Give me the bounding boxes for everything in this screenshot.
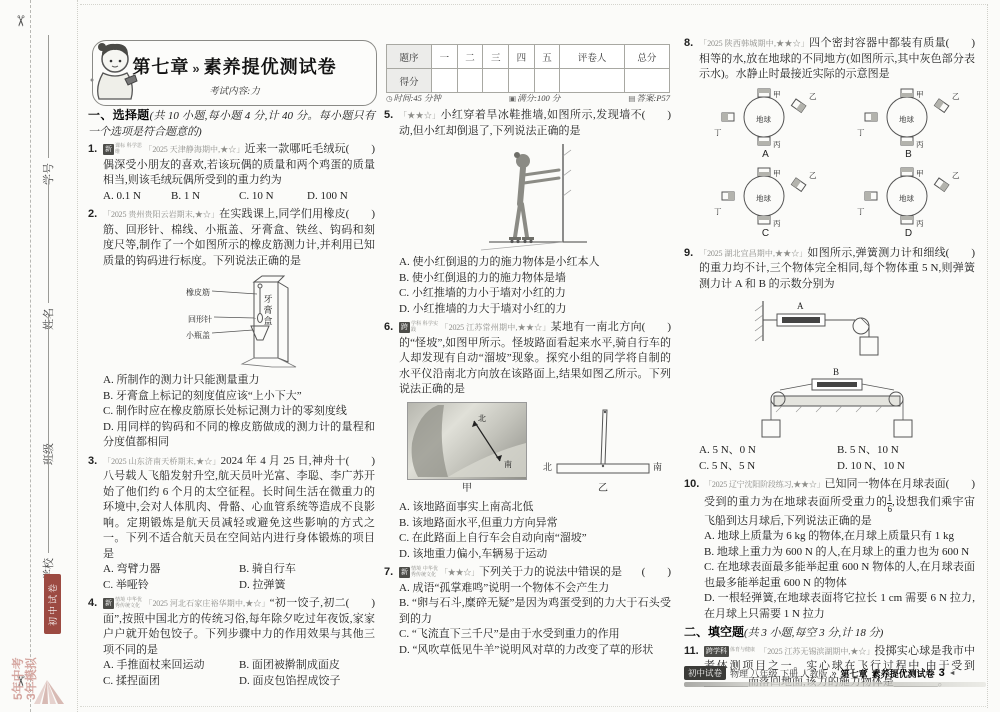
option-b: B. 5 N、10 N [837,443,975,459]
option-c: C. 在此路面上自行车会自动向南“溜坡” [399,531,671,547]
option-a: A. 手推面杖来回运动 [103,658,239,674]
paper-title-text: 素养提优测试卷 [204,57,337,77]
tag-box: 新 [103,598,114,609]
slope-figures: 北 南 甲 北 南 [399,402,671,497]
options-grid: A. 弯臂力器 B. 骑自行车 C. 举哑铃 D. 拉弹簧 [103,562,375,593]
tag-subtitle: 学科 科学实践 [411,322,438,333]
sidebar-dotted-line [77,0,78,712]
time-text: 时间:45 分钟 [394,93,441,103]
question-1: 1. 新课标 科学思维「2025 天津静海期中,★☆」( )近来一款哪吒毛绒玩偶… [88,142,375,204]
title-separator: » [189,61,203,76]
slope-photo: 北 南 [407,402,527,480]
level-block: 北 南 乙 [543,404,663,497]
question-source: 「2025 山东济南天桥期末,★☆」 [103,457,221,466]
container-bing-label: 丙 [916,137,924,153]
option-d: D. 用同样的钩码和不同的橡皮筋做成的测力计的量程和分度值都相同 [103,420,375,451]
score-icon: ▣ [509,94,516,103]
answer-text: 答案:P57 [636,93,670,103]
question-text: 下列关于力的说法中错误的是 [479,566,622,578]
question-6: 6. 跨学科 科学实践「2025 江苏常州期中,★★☆」( )某地有一南北方向的… [384,320,671,562]
question-source: 「2025 湖北宜昌期中,★★☆」 [699,249,807,258]
book-icon: ▤ [628,94,635,103]
question-number: 11. [684,644,699,660]
earth-cell: 甲 乙 丙 丁 地球 [855,166,962,226]
question-number: 6. [384,320,393,336]
answer-bracket: ( ) [946,36,975,52]
school-field: 学校 [40,430,56,580]
section-1-heading: 一、选择题(共 10 小题,每小题 4 分,计 40 分。每小题只有一个选项是符… [88,108,375,140]
option-a: A. 该地路面事实上南高北低 [399,500,671,516]
score-header-cell: 五 [534,45,560,69]
question-7: 7. 新情境 中华优秀传统文化「★★☆」( )下列关于力的说法中错误的是 A. … [384,565,671,658]
question-source: 「2025 江苏常州期中,★★☆」 [440,323,551,332]
slope-photo-block: 北 南 甲 [407,402,527,497]
option-d: D. 10 N、10 N [837,459,975,475]
container-yi-label: 乙 [809,168,817,184]
scale-b-label: B [833,365,839,381]
clock-icon: ◷ [386,94,393,103]
tag-chip: 新情境 中华优秀传统文化 [103,598,142,609]
option-b: B. 1 N [171,189,239,205]
section-1-title: 一、选择题 [88,108,150,122]
footer-separator: » [832,668,837,678]
container-ding-label: 丁 [714,204,722,220]
diagram-letter-d: D [855,226,962,242]
score-empty-cell [534,69,560,93]
option-c: C. 5 N、5 N [699,459,837,475]
write-line [48,180,49,303]
force-meter-figure: 橡皮筋 回形针 小瓶盖 牙膏盒 [154,272,324,370]
question-number: 5. [384,108,393,124]
container-ding-label: 丁 [857,125,865,141]
south-label: 南 [653,460,662,476]
earth-diagram-a: 甲 乙 丙 丁 地球 A [712,87,819,163]
container-bing-label: 丙 [773,137,781,153]
container-jia-label: 甲 [773,166,781,182]
girl-mascot-illustration [85,35,143,105]
question-source: 「2025 江苏无锡滨湖期中,★☆」 [759,647,874,656]
south-label: 南 [504,457,512,473]
question-source: 「2025 陕西韩城期中,★★☆」 [699,39,809,48]
option-b: B. 面团被擀制成面皮 [239,658,375,674]
option-a: A. 地球上质量为 6 kg 的物体,在月球上质量只有 1 kg [704,529,975,545]
option-d: D. 100 N [307,189,375,205]
student-name-field: 姓名 [40,180,56,330]
fan-decoration [30,678,64,704]
option-c: C. 制作时应在橡皮筋原长处标记测力计的零刻度线 [103,404,375,420]
option-d: D. “风吹草低见牛羊”说明风对草的力改变了草的形状 [399,643,671,659]
full-score-text: 满分:100 分 [517,93,560,103]
option-d: D. 一根轻弹簧,在地球表面将它拉长 1 cm 需要 6 N 拉力,在月球上只需… [704,591,975,622]
footer-chapter: 第七章 [841,667,868,680]
score-empty-cell [624,69,669,93]
exam-meta-row: ◷时间:45 分钟 ▣满分:100 分 ▤答案:P57 [386,92,670,104]
section-2-heading: 二、填空题(共 3 小题,每空 3 分,计 18 分) [684,625,975,642]
north-label: 北 [543,460,552,476]
time-info: ◷时间:45 分钟 [386,92,441,104]
option-d: D. 拉弹簧 [239,578,375,594]
question-source: 「2025 辽宁沈阳阶段练习,★★☆」 [704,480,824,489]
scissors-icon: ✂ [11,15,29,28]
earth-label: 地球 [756,112,771,128]
option-a: A. 0.1 N [103,189,171,205]
write-line [48,430,49,553]
north-label: 北 [478,411,486,427]
tag-box: 跨 [399,322,410,333]
option-a: A. 成语“孤掌难鸣”说明一个物体不会产生力 [399,581,671,597]
earth-cell: 甲 乙 丙 丁 地球 [712,87,819,147]
cut-dashed-line [30,0,31,712]
column-3: 8. 「2025 陕西韩城期中,★★☆」( )四个密封容器中都装有质量相等的水,… [684,36,975,693]
footer-series: 物理 八年级 下册 人教版 [730,667,828,680]
student-id-field: 学号 [40,35,56,185]
options-grid: A. 5 N、0 N B. 5 N、10 N C. 5 N、5 N D. 10 … [699,443,975,474]
question-10: 10. 「2025 辽宁沈阳阶段练习,★★☆」( )已知同一物体在月球表面受到的… [684,477,975,622]
option-c: C. “飞流直下三千尺”是由于水受到重力的作用 [399,627,671,643]
answer-bracket: ( ) [642,565,671,581]
score-header-cell: 评卷人 [560,45,625,69]
footer-badge: 初中试卷 [684,666,726,680]
tag-box: 新 [103,144,114,155]
earth-cell: 甲 乙 丙 丁 地球 [712,166,819,226]
diagram-letter-a: A [712,147,819,163]
score-table: 题序 一 二 三 四 五 评卷人 总分 得分 [386,44,670,93]
tag-box: 新 [399,567,410,578]
page-number: 3 [939,667,945,679]
level-figure: 北 南 [543,404,663,480]
container-bing-label: 丙 [773,216,781,232]
column-2: 5. 「★★☆」( )小红穿着旱冰鞋推墙,如图所示,发现墙不动,但小红却倒退了,… [384,108,671,661]
score-empty-cell [560,69,625,93]
option-c: C. 小红推墙的力小于墙对小红的力 [399,286,671,302]
score-empty-cell [509,69,535,93]
tag-subtitle: 情境 中华优秀传统文化 [115,598,142,609]
full-score-info: ▣满分:100 分 [509,92,560,104]
answer-bracket: ( ) [946,477,975,493]
container-jia-label: 甲 [916,87,924,103]
earth-diagram-d: 甲 乙 丙 丁 地球 D [855,166,962,242]
write-line [48,315,49,438]
question-number: 10. [684,477,699,493]
question-4: 4. 新情境 中华优秀传统文化「2025 河北石家庄裕华期中,★☆」( )“初一… [88,596,375,689]
spring-scale-a-drawing [747,295,927,359]
earth-label: 地球 [899,191,914,207]
answer-bracket: ( ) [346,207,375,223]
question-number: 4. [88,596,97,612]
container-yi-label: 乙 [952,168,960,184]
option-a: A. 使小红倒退的力的施力物体是小红本人 [399,255,671,271]
rubber-band-label: 橡皮筋 [186,285,210,301]
question-number: 3. [88,454,97,470]
option-b: B. 牙膏盒上标记的刻度值应该“上小下大” [103,389,375,405]
bottle-cap-label: 小瓶盖 [186,328,210,344]
paperclip-label: 回形针 [188,312,212,328]
tag-subtitle: 体育与健康 [730,648,757,654]
earth-cell: 甲 乙 丙 丁 地球 [855,87,962,147]
score-empty-cell [457,69,483,93]
option-b: B. 地球上重力为 600 N 的人,在月球上的重力也为 600 N [704,545,975,561]
section-2-note: (共 3 小题,每空 3 分,计 18 分) [744,627,883,639]
question-number: 2. [88,207,97,223]
options-row: A. 0.1 N B. 1 N C. 10 N D. 100 N [103,189,375,205]
answer-bracket: ( ) [346,142,375,158]
brand-badge: 初中试卷 [44,574,61,634]
diagram-letter-c: C [712,226,819,242]
option-b: B. 该地路面水平,但重力方向异常 [399,516,671,532]
push-wall-drawing [479,142,591,252]
page-arrow-icon: ◄ [949,670,956,677]
answer-bracket: ( ) [946,246,975,262]
answer-bracket: ( ) [642,320,671,336]
option-a: A. 所制作的测力计只能测量重力 [103,373,375,389]
container-jia-label: 甲 [773,87,781,103]
option-a: A. 5 N、0 N [699,443,837,459]
option-b: B. “卵与石斗,糜碎无疑”是因为鸡蛋受到的力大于石头受到的力 [399,596,671,627]
answer-bracket: ( ) [346,596,375,612]
tag-subtitle: 情境 中华优秀传统文化 [411,567,438,578]
question-source: 「2025 河北石家庄裕华期中,★☆」 [144,599,270,608]
score-table-header-row: 题序 一 二 三 四 五 评卷人 总分 [387,45,670,69]
question-text: 2024 年 4 月 25 日,神舟十八号载人飞船发射升空,航天员叶光富、李聪、… [103,455,375,560]
option-c: C. 10 N [239,189,307,205]
level-drawing [543,404,663,480]
question-source: 「2025 天津静海期中,★☆」 [144,145,244,154]
option-b: B. 使小红倒退的力的施力物体是墙 [399,271,671,287]
bottom-dotted-line [80,706,986,707]
tag-subtitle: 课标 科学思维 [115,144,142,155]
score-header-cell: 四 [509,45,535,69]
question-5: 5. 「★★☆」( )小红穿着旱冰鞋推墙,如图所示,发现墙不动,但小红却倒退了,… [384,108,671,317]
score-header-cell: 总分 [624,45,669,69]
score-empty-cell [432,69,458,93]
paper-title-box: 第七章»素养提优测试卷 考试内容:力 [92,40,377,106]
earth-diagram-c: 甲 乙 丙 丁 地球 C [712,166,819,242]
push-wall-figure [479,142,591,252]
question-source: 「★★☆」 [440,568,479,577]
toothpaste-box-label: 牙膏盒 [259,294,275,327]
tag-box: 跨学科 [704,646,729,657]
write-line [48,35,49,158]
page-footer: 初中试卷 物理 八年级 下册 人教版 » 第七章 素养提优测试卷 3 ◄ [684,666,976,680]
score-label-cell: 得分 [387,69,432,93]
score-empty-cell [483,69,509,93]
container-jia-label: 甲 [916,166,924,182]
score-header-cell: 题序 [387,45,432,69]
option-b: B. 骑自行车 [239,562,375,578]
option-a: A. 弯臂力器 [103,562,239,578]
option-d: D. 小红推墙的力大于墙对小红的力 [399,302,671,318]
question-number: 9. [684,246,693,262]
score-header-cell: 二 [457,45,483,69]
question-source: 「★★☆」 [399,111,440,120]
question-number: 1. [88,142,97,158]
options-grid: A. 手推面杖来回运动 B. 面团被擀制成面皮 C. 揉捏面团 D. 面皮包馅捏… [103,658,375,689]
section-2-title: 二、填空题 [684,625,744,639]
earth-diagram-b: 甲 乙 丙 丁 地球 B [855,87,962,163]
tag-chip: 新情境 中华优秀传统文化 [399,567,438,578]
option-c: C. 举哑铃 [103,578,239,594]
earth-diagrams: 甲 乙 丙 丁 地球 A [699,87,975,242]
page-bottom-shadow [684,682,986,687]
option-c: C. 揉捏面团 [103,674,239,690]
answer-info: ▤答案:P57 [628,92,670,104]
option-d: D. 面皮包馅捏成饺子 [239,674,375,690]
column-1: 一、选择题(共 10 小题,每小题 4 分,计 40 分。每小题只有一个选项是符… [88,108,375,692]
question-8: 8. 「2025 陕西韩城期中,★★☆」( )四个密封容器中都装有质量相等的水,… [684,36,975,242]
spring-scale-b-figure: B [742,362,932,440]
question-number: 8. [684,36,693,52]
exam-paper-page: ✂ ✂ 学号 姓名 班级 学校 初中试卷 5年中考 3年模拟 [0,0,1000,712]
footer-paper-title: 素养提优测试卷 [872,667,935,680]
score-header-cell: 一 [432,45,458,69]
container-yi-label: 乙 [809,89,817,105]
earth-label: 地球 [899,112,914,128]
question-3: 3. 「2025 山东济南天桥期末,★☆」( )2024 年 4 月 25 日,… [88,454,375,594]
answer-bracket: ( ) [642,108,671,124]
spring-scale-a-figure: A [747,295,927,359]
right-dotted-line [987,4,988,708]
figure-yi-caption: 乙 [543,481,663,497]
figure-jia-caption: 甲 [407,481,527,497]
question-text: 某地有一南北方向的“怪坡”,如图甲所示。怪坡路面看起来水平,骑自行车的人却发现有… [399,321,671,395]
tag-chip: 跨学科体育与健康 [704,646,757,657]
container-ding-label: 丁 [857,204,865,220]
score-table-score-row: 得分 [387,69,670,93]
diagram-letter-b: B [855,147,962,163]
question-9: 9. 「2025 湖北宜昌期中,★★☆」( )如图所示,弹簧测力计和细线的重力均… [684,246,975,475]
container-bing-label: 丙 [916,216,924,232]
option-d: D. 该地重力偏小,车辆易于运动 [399,547,671,563]
question-source: 「2025 贵州贵阳云岩期末,★☆」 [103,210,219,219]
score-header-cell: 三 [483,45,509,69]
question-number: 7. [384,565,393,581]
force-meter-drawing [154,272,324,370]
question-2: 2. 「2025 贵州贵阳云岩期末,★☆」( )在实践课上,同学们用橡皮筋、回形… [88,207,375,451]
top-dotted-line [80,4,986,5]
answer-bracket: ( ) [346,454,375,470]
tag-chip: 新课标 科学思维 [103,144,142,155]
container-yi-label: 乙 [952,89,960,105]
option-c: C. 在地球表面最多能举起重 600 N 物体的人,在月球表面也最多能举起重 6… [704,560,975,591]
container-ding-label: 丁 [714,125,722,141]
tag-chip: 跨学科 科学实践 [399,322,438,333]
earth-label: 地球 [756,191,771,207]
scale-a-label: A [797,299,804,315]
